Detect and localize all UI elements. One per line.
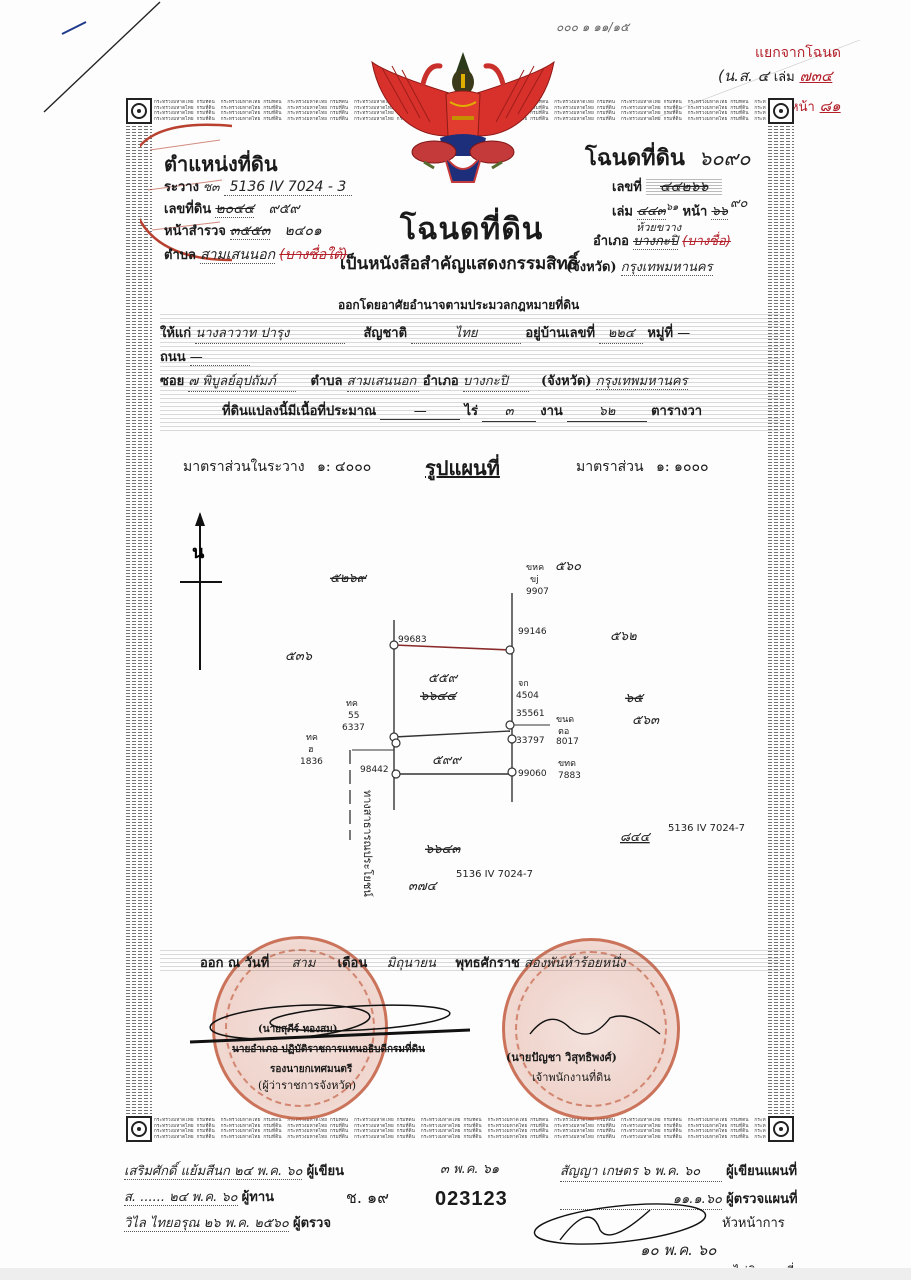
owner-row: ให้แก่ นางลาวาท ปารุง สัญชาติ ไทย อยู่บ้… xyxy=(160,322,780,344)
survey-page-row: หน้าสำรวจ ๓๕๕๓ ๒๔๐๑ xyxy=(164,220,322,242)
document-subtitle: เป็นหนังสือสำคัญแสดงกรรมสิทธิ์ xyxy=(340,250,578,277)
sheet-value: 5136 IV 7024 - 3 xyxy=(224,179,353,196)
svg-text:๕๒๖๙: ๕๒๖๙ xyxy=(330,571,368,586)
svg-text:จก: จก xyxy=(518,679,529,689)
signature-right-icon xyxy=(520,1004,670,1044)
chief-label: หัวหน้าการ xyxy=(722,1212,785,1233)
north-arrow-icon: น xyxy=(180,512,222,670)
svg-text:๕๕๙: ๕๕๙ xyxy=(428,671,459,686)
corner-ornament-icon xyxy=(126,1116,152,1142)
svg-text:9907: 9907 xyxy=(526,587,549,597)
svg-text:ขj: ขj xyxy=(530,575,539,585)
area-ngan: ๓ xyxy=(482,400,536,422)
sheet-scale: มาตราส่วนในระวาง ๑: ๔๐๐๐ xyxy=(183,456,371,478)
svg-text:99146: 99146 xyxy=(518,627,547,637)
parcel-map: น ๕๖๐ ๕๒๖๙ ๕๓๖ ๕๖๒ ๖๕ ๕๖๓ ๕๕๙ ๖๖๔๔ ๕๙๙ ๘… xyxy=(170,510,770,900)
top-scribble: ๐๐๐ ๑ ๑๑/๑๕ xyxy=(556,18,629,37)
deed-number-heading: โฉนดที่ดิน ๖๐๙๐ xyxy=(585,140,750,175)
area-sq-wa: ๖๒ xyxy=(567,400,647,422)
province-row: (จังหวัด) กรุงเทพมหานคร xyxy=(566,256,713,277)
map-heading: รูปแผนที่ xyxy=(425,452,500,484)
svg-text:6337: 6337 xyxy=(342,723,365,733)
garuda-emblem-icon xyxy=(368,44,558,189)
serial-date: ๓ พ.ค. ๖๑ xyxy=(440,1158,499,1179)
svg-text:๓๗๔: ๓๗๔ xyxy=(408,879,439,894)
svg-text:99683: 99683 xyxy=(398,635,427,645)
subdistrict-row: ตำบล สามเสนนอก (บางซื่อใต้) xyxy=(164,244,348,266)
svg-text:๖๖๔๔: ๖๖๔๔ xyxy=(420,689,458,704)
split-from-label: แยกจากโฉนด xyxy=(755,42,841,64)
security-band-left xyxy=(126,126,152,1114)
split-page-line: หน้า ๘๑ xyxy=(790,94,841,118)
soi-value: ๗ พิบูลย์อุปถัมภ์ xyxy=(188,370,296,392)
survey-page-value: ๒๔๐๑ xyxy=(275,223,322,239)
svg-text:98442: 98442 xyxy=(360,765,389,775)
corner-ornament-icon xyxy=(768,98,794,124)
sheet-row: ระวาง ซ๓ 5136 IV 7024 - 3 xyxy=(164,176,352,197)
svg-text:1836: 1836 xyxy=(300,757,323,767)
svg-text:99060: 99060 xyxy=(518,769,547,779)
deed-page-new: ๙๐ xyxy=(730,192,747,213)
subdistrict-value: สามเสนนอก xyxy=(200,247,275,264)
parcel-row: เลขที่ดิน ๒๐๔๔ ๙๕๙ xyxy=(164,198,300,220)
right-signer-name: (นายปัญชา วิสุทธิพงศ์) xyxy=(506,1048,617,1066)
svg-text:๖๕: ๖๕ xyxy=(625,691,645,706)
svg-text:ฮ: ฮ xyxy=(308,745,314,755)
svg-text:๕๙๙: ๕๙๙ xyxy=(432,753,462,768)
svg-text:4504: 4504 xyxy=(516,691,539,701)
svg-text:33797: 33797 xyxy=(516,736,545,746)
serial-number: 023123 xyxy=(435,1188,508,1211)
right-signer-title: เจ้าพนักงานที่ดิน xyxy=(532,1068,611,1086)
left-signer-title: นายอำเภอ ปฏิบัติราชการแทนอธิบดีกรมที่ดิน xyxy=(232,1042,425,1057)
security-band-bottom: กระทรวงมหาดไทย กรมที่ดิน กระทรวงมหาดไทย … xyxy=(154,1118,766,1142)
svg-text:ทค: ทค xyxy=(306,733,318,743)
form-code: ช. ๑๙ xyxy=(346,1186,389,1211)
map-scale: มาตราส่วน ๑: ๑๐๐๐ xyxy=(576,456,709,478)
svg-text:7883: 7883 xyxy=(558,771,581,781)
owner-name: นางลาวาท ปารุง xyxy=(195,322,345,344)
signature-chief-icon xyxy=(530,1190,730,1250)
svg-text:ขหค: ขหค xyxy=(526,563,544,573)
left-signer-name: (นายสุภีร์ ทองสม) xyxy=(258,1022,338,1037)
svg-text:น: น xyxy=(192,542,205,563)
deed-no-row: เลขที่ ๔๔๒๖๖ xyxy=(612,176,722,198)
area-row: ที่ดินแปลงนี้มีเนื้อที่ประมาณ — ไร่ ๓ งา… xyxy=(222,400,702,422)
split-ref-line: (น.ส. ๔ เล่ม ๗๓๔ xyxy=(718,64,832,88)
svg-text:35561: 35561 xyxy=(516,709,545,719)
footer-writer-row: เสริมศักดิ์ แย้มสีนก ๒๔ พ.ค. ๖๐ ผู้เขียน xyxy=(124,1160,344,1181)
left-signer-role: (ผู้ว่าราชการจังหวัด) xyxy=(258,1076,356,1094)
svg-text:ทค: ทค xyxy=(346,699,358,709)
footer-checker-row: ส. ...... ๒๔ พ.ค. ๖๐ ผู้ทาน xyxy=(124,1186,274,1207)
svg-text:ขนด: ขนด xyxy=(556,715,574,725)
svg-text:8017: 8017 xyxy=(556,737,579,747)
svg-text:ตอ: ตอ xyxy=(558,727,569,737)
corner-ornament-icon xyxy=(768,1116,794,1142)
svg-text:ขทด: ขทด xyxy=(558,759,576,769)
svg-text:๘๔๔: ๘๔๔ xyxy=(620,830,652,845)
issue-date-row: ออก ณ วันที่ สาม เดือน มิถุนายน พุทธศักร… xyxy=(200,952,626,973)
soi-row: ซอย ๗ พิบูลย์อุปถัมภ์ ตำบล สามเสนนอก อำเ… xyxy=(160,370,688,392)
page-bottom-edge xyxy=(0,1268,911,1280)
svg-text:5136 IV 7024-7: 5136 IV 7024-7 xyxy=(456,869,533,880)
svg-text:5136 IV 7024-7: 5136 IV 7024-7 xyxy=(668,823,745,834)
address-number: ๒๒๔ xyxy=(599,322,643,344)
map-writer-row: สัญญา เกษตร ๖ พ.ค. ๖๐ ผู้เขียนแผนที่ xyxy=(560,1160,797,1182)
svg-text:ทางสาธารณประโยชน์: ทางสาธารณประโยชน์ xyxy=(361,790,375,897)
footer-inspector-row: วิไล ไทยอรุณ ๒๖ พ.ค. ๒๕๖๐ ผู้ตรวจ xyxy=(124,1212,331,1233)
svg-text:๕๖๐: ๕๖๐ xyxy=(555,559,582,574)
svg-text:๕๓๖: ๕๓๖ xyxy=(285,649,313,664)
svg-text:55: 55 xyxy=(348,711,359,721)
nationality: ไทย xyxy=(411,322,521,344)
deed-number: ๖๐๙๐ xyxy=(693,146,751,170)
document-title: โฉนดที่ดิน xyxy=(400,206,543,253)
parcel-value: ๙๕๙ xyxy=(258,201,299,217)
road-row: ถนน — xyxy=(160,346,250,367)
district-row: อำเภอ บางกะปิ (บางซื่อ) xyxy=(593,230,731,251)
svg-text:๕๖๒: ๕๖๒ xyxy=(610,629,637,644)
svg-text:๖๖๔๓: ๖๖๔๓ xyxy=(425,842,461,857)
province-value: กรุงเทพมหานคร xyxy=(621,260,713,276)
svg-text:๕๖๓: ๕๖๓ xyxy=(632,713,660,728)
issuer-line: ออกโดยอาศัยอำนาจตามประมวลกฎหมายที่ดิน xyxy=(338,296,579,315)
